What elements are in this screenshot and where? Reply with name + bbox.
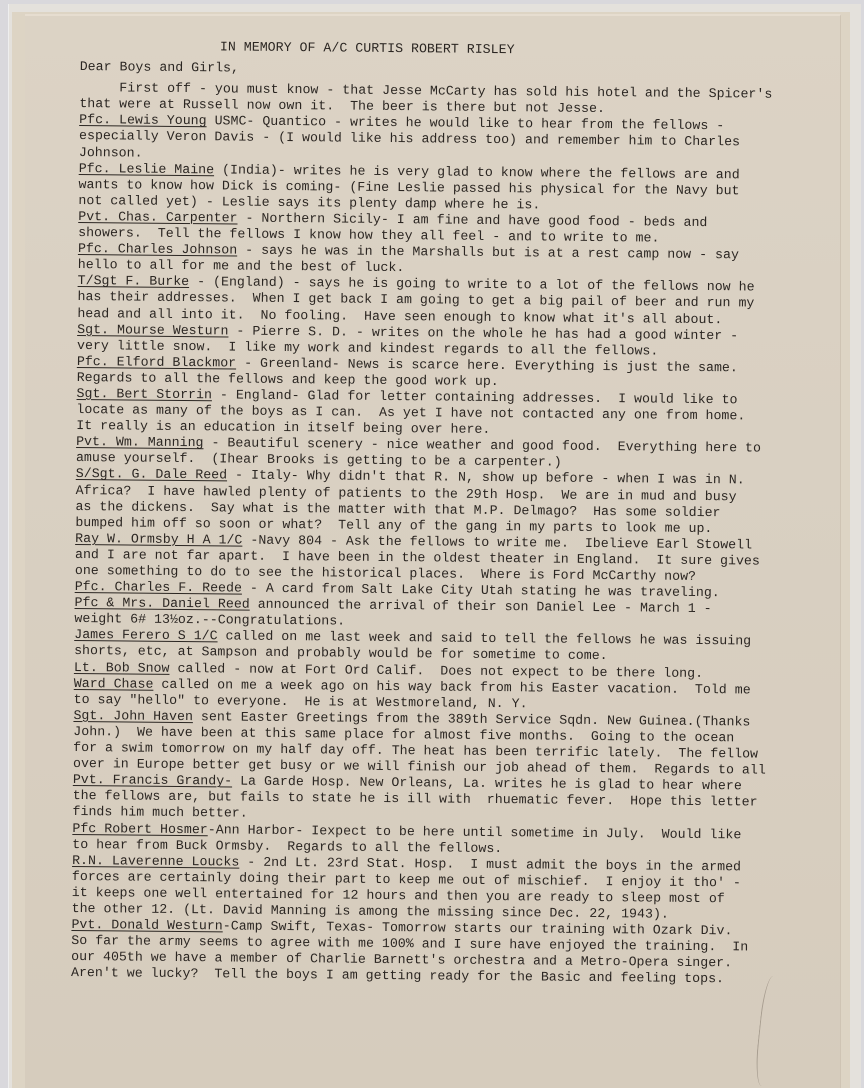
correspondent-name: R.N. Laverenne Loucks bbox=[72, 853, 239, 870]
letter-entry: R.N. Laverenne Loucks - 2nd Lt. 23rd Sta… bbox=[72, 853, 803, 924]
correspondent-name: Pvt. Wm. Manning bbox=[76, 434, 204, 450]
correspondent-name: Pvt. Donald Westurn bbox=[71, 917, 222, 933]
letter-entry: Pvt. Donald Westurn-Camp Swift, Texas- T… bbox=[71, 917, 802, 988]
line-text: hello to all for me and the best of luck… bbox=[78, 257, 405, 275]
letter-entry: Pfc. Leslie Maine (India)- writes he is … bbox=[78, 161, 808, 216]
letter-entry: Sgt. John Haven sent Easter Greetings fr… bbox=[73, 708, 804, 779]
salutation: Dear Boys and Girls, bbox=[80, 59, 810, 82]
correspondent-name: James Ferero S 1/C bbox=[74, 627, 217, 643]
line-text: Johnson. bbox=[79, 145, 143, 161]
correspondent-name: Pfc & Mrs. Daniel Reed bbox=[75, 595, 250, 612]
correspondent-name: Ward Chase bbox=[74, 676, 154, 692]
paper-crease bbox=[753, 976, 786, 1086]
correspondent-name: Pfc. Lewis Young bbox=[79, 112, 207, 128]
correspondent-name: Lt. Bob Snow bbox=[74, 660, 170, 676]
correspondent-name: Pfc. Leslie Maine bbox=[79, 161, 215, 177]
correspondent-name: Sgt. Mourse Westurn bbox=[77, 322, 228, 338]
letter-entry: Ray W. Ormsby H A 1/C -Navy 804 - Ask th… bbox=[75, 531, 805, 586]
correspondent-name: Pfc. Elford Blackmor bbox=[77, 354, 236, 371]
correspondent-name: Pvt. Francis Grandy- bbox=[73, 772, 232, 789]
correspondent-name: T/Sgt F. Burke bbox=[78, 273, 190, 289]
correspondent-name: S/Sgt. G. Dale Reed bbox=[76, 466, 227, 482]
letter-entry: Pvt. Francis Grandy- La Garde Hosp. New … bbox=[72, 772, 802, 827]
correspondent-name: Pfc. Charles F. Reede bbox=[75, 579, 242, 596]
letter-entry: Sgt. Bert Storrin - England- Glad for le… bbox=[76, 386, 806, 441]
correspondent-name: Pfc. Charles Johnson bbox=[78, 241, 237, 258]
correspondent-name: Sgt. John Haven bbox=[73, 708, 193, 724]
correspondent-name: Pvt. Chas. Carpenter bbox=[78, 209, 237, 226]
line-text: weight 6# 13½oz.--Congratulations. bbox=[74, 611, 345, 629]
letter-entry: T/Sgt F. Burke - (England) - says he is … bbox=[77, 273, 807, 328]
correspondent-name: Sgt. Bert Storrin bbox=[77, 386, 213, 402]
letter-entry: Pfc. Lewis Young USMC- Quantico - writes… bbox=[79, 112, 809, 167]
correspondent-name: Ray W. Ormsby H A 1/C bbox=[75, 531, 242, 548]
typewritten-letter: IN MEMORY OF A/C CURTIS ROBERT RISLEY De… bbox=[71, 38, 810, 988]
line-text: finds him much better. bbox=[72, 804, 247, 821]
letter-body: First off - you must know - that Jesse M… bbox=[71, 80, 810, 988]
letter-entry: S/Sgt. G. Dale Reed - Italy- Why didn't … bbox=[75, 466, 806, 537]
correspondent-name: Pfc Robert Hosmer bbox=[72, 820, 208, 836]
